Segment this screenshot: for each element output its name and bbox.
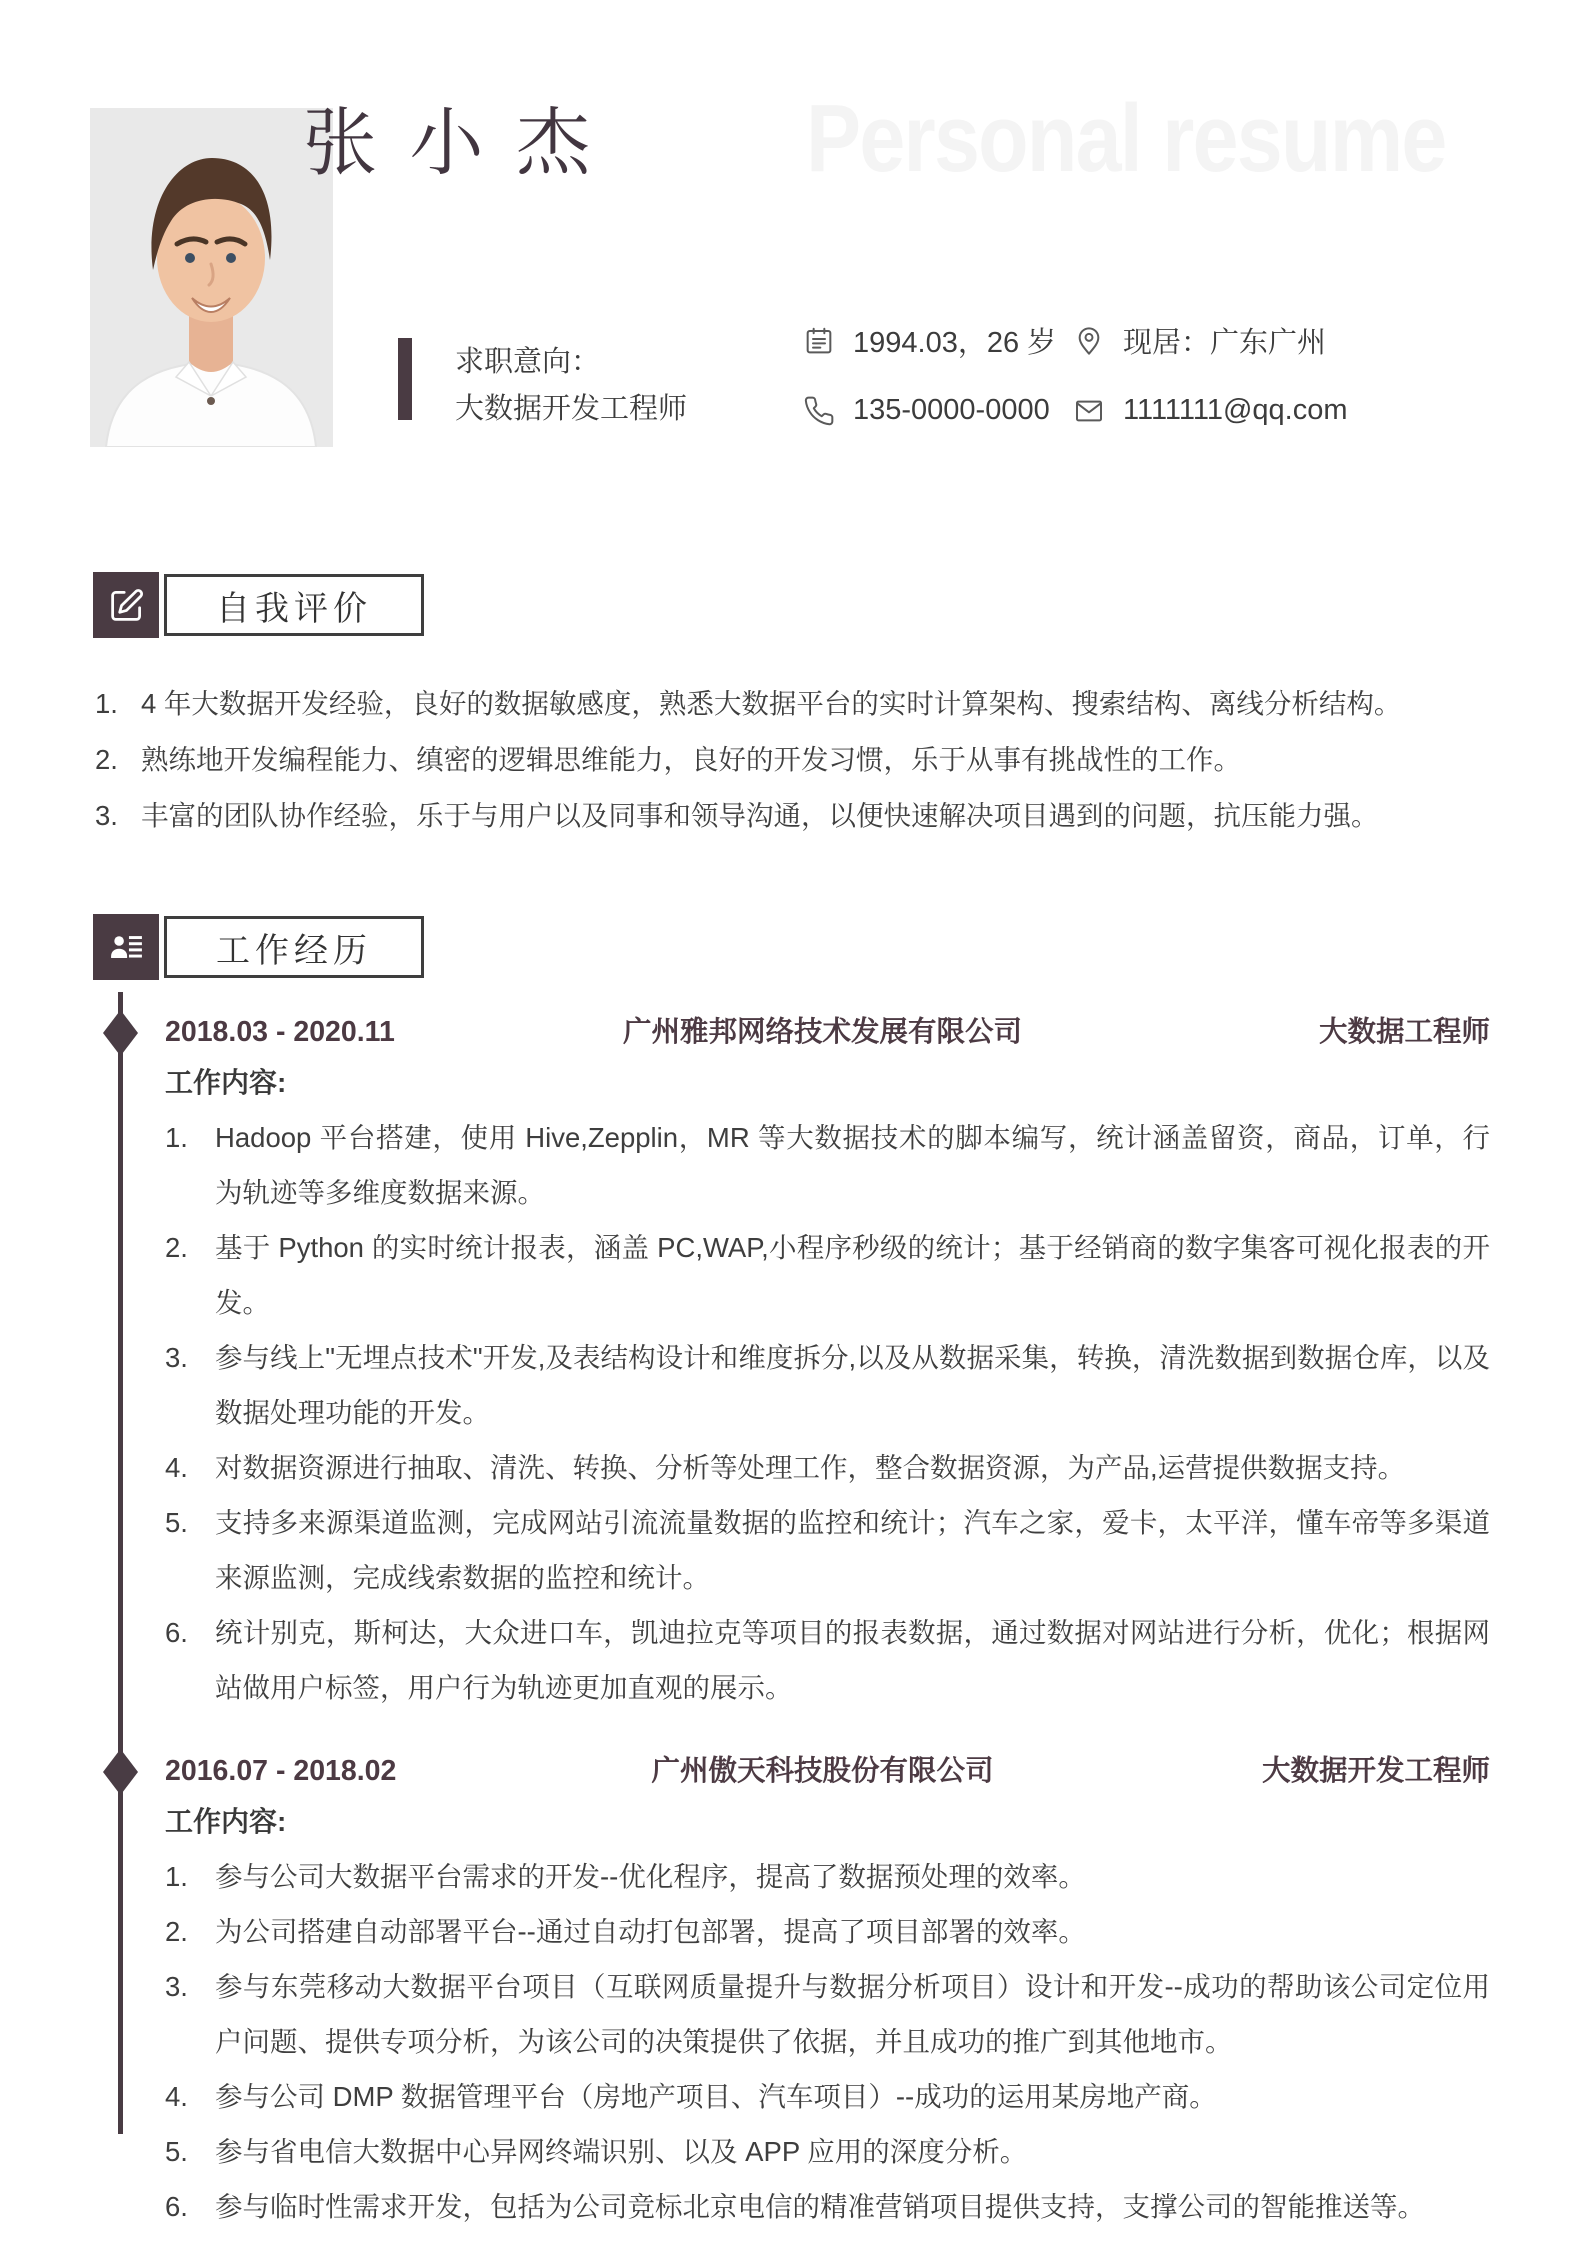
- duty-item: 基于 Python 的实时统计报表，涵盖 PC,WAP,小程序秒级的统计；基于经…: [165, 1220, 1490, 1330]
- job-period: 2018.03 - 2020.11: [165, 1012, 495, 1052]
- duty-item: 参与公司大数据平台需求的开发--优化程序，提高了数据预处理的效率。: [165, 1849, 1490, 1904]
- self-eval-item: 熟练地开发编程能力、缜密的逻辑思维能力，良好的开发习惯，乐于从事有挑战性的工作。: [95, 732, 1501, 788]
- job-duties-list: 参与公司大数据平台需求的开发--优化程序，提高了数据预处理的效率。 为公司搭建自…: [165, 1849, 1490, 2234]
- objective-label: 求职意向：: [455, 339, 687, 386]
- section-title-self-eval: 自我评价: [164, 574, 424, 636]
- self-eval-item: 4 年大数据开发经验，良好的数据敏感度，熟悉大数据平台的实时计算架构、搜索结构、…: [95, 676, 1501, 732]
- content-label: 工作内容:: [165, 1055, 1490, 1110]
- phone-number: 135-0000-0000: [853, 394, 1057, 427]
- resume-page: Personal resume 张小杰 求职意向： 大数据开发工程师: [0, 0, 1587, 2245]
- job-header: 2016.07 - 2018.02 广州傲天科技股份有限公司 大数据开发工程师: [165, 1751, 1490, 1791]
- section-header-self-eval: 自我评价: [93, 572, 424, 638]
- birth-age: 1994.03，26 岁: [853, 320, 1057, 361]
- phone-icon: [803, 395, 835, 427]
- job-objective: 求职意向： 大数据开发工程师: [398, 338, 687, 433]
- mail-icon: [1073, 395, 1105, 427]
- duty-item: 参与线上"无埋点技术"开发,及表结构设计和维度拆分,以及从数据采集，转换，清洗数…: [165, 1330, 1490, 1440]
- job-position: 大数据工程师: [1150, 1012, 1490, 1052]
- watermark-text: Personal resume: [806, 84, 1446, 194]
- duty-item: 参与省电信大数据中心异网终端识别、以及 APP 应用的深度分析。: [165, 2124, 1490, 2179]
- duty-item: 支持多来源渠道监测，完成网站引流流量数据的监控和统计；汽车之家，爱卡，太平洋，懂…: [165, 1495, 1490, 1605]
- job-header: 2018.03 - 2020.11 广州雅邦网络技术发展有限公司 大数据工程师: [165, 1012, 1490, 1052]
- timeline-diamond: [103, 1749, 138, 1795]
- timeline-diamond: [103, 1010, 138, 1056]
- email-address: 1111111@qq.com: [1123, 394, 1348, 427]
- contact-info: 1994.03，26 岁 现居：广东广州 135-0000-0000 11111…: [803, 320, 1348, 427]
- duty-item: 对数据资源进行抽取、清洗、转换、分析等处理工作，整合数据资源，为产品,运营提供数…: [165, 1440, 1490, 1495]
- section-header-work: 工作经历: [93, 914, 424, 980]
- map-pin-icon: [1073, 325, 1105, 357]
- job-company: 广州雅邦网络技术发展有限公司: [495, 1012, 1150, 1052]
- job-company: 广州傲天科技股份有限公司: [495, 1751, 1150, 1791]
- job-entry-1: 2018.03 - 2020.11 广州雅邦网络技术发展有限公司 大数据工程师 …: [0, 990, 1587, 1715]
- accent-bar: [398, 338, 412, 420]
- profile-photo: [90, 108, 333, 447]
- content-label: 工作内容:: [165, 1794, 1490, 1849]
- work-timeline: 2018.03 - 2020.11 广州雅邦网络技术发展有限公司 大数据工程师 …: [0, 990, 1587, 2234]
- job-position: 大数据开发工程师: [1150, 1751, 1490, 1791]
- edit-pencil-icon: [93, 572, 159, 638]
- job-period: 2016.07 - 2018.02: [165, 1751, 495, 1791]
- duty-item: 参与临时性需求开发，包括为公司竞标北京电信的精准营销项目提供支持，支撑公司的智能…: [165, 2179, 1490, 2234]
- candidate-name: 张小杰: [303, 84, 623, 190]
- self-eval-item: 丰富的团队协作经验，乐于与用户以及同事和领导沟通，以便快速解决项目遇到的问题，抗…: [95, 788, 1501, 844]
- calendar-icon: [803, 325, 835, 357]
- person-document-icon: [93, 914, 159, 980]
- duty-item: 参与公司 DMP 数据管理平台（房地产项目、汽车项目）--成功的运用某房地产商。: [165, 2069, 1490, 2124]
- job-duties-list: Hadoop 平台搭建，使用 Hive,Zepplin，MR 等大数据技术的脚本…: [165, 1110, 1490, 1715]
- residence: 现居：广东广州: [1123, 320, 1348, 361]
- objective-value: 大数据开发工程师: [455, 386, 687, 433]
- section-title-work: 工作经历: [164, 916, 424, 978]
- duty-item: 统计别克，斯柯达，大众进口车，凯迪拉克等项目的报表数据，通过数据对网站进行分析，…: [165, 1605, 1490, 1715]
- duty-item: 为公司搭建自动部署平台--通过自动打包部署，提高了项目部署的效率。: [165, 1904, 1490, 1959]
- job-entry-2: 2016.07 - 2018.02 广州傲天科技股份有限公司 大数据开发工程师 …: [0, 1729, 1587, 2234]
- duty-item: 参与东莞移动大数据平台项目（互联网质量提升与数据分析项目）设计和开发--成功的帮…: [165, 1959, 1490, 2069]
- self-eval-list: 4 年大数据开发经验，良好的数据敏感度，熟悉大数据平台的实时计算架构、搜索结构、…: [95, 676, 1501, 844]
- portrait-illustration: [90, 108, 333, 447]
- duty-item: Hadoop 平台搭建，使用 Hive,Zepplin，MR 等大数据技术的脚本…: [165, 1110, 1490, 1220]
